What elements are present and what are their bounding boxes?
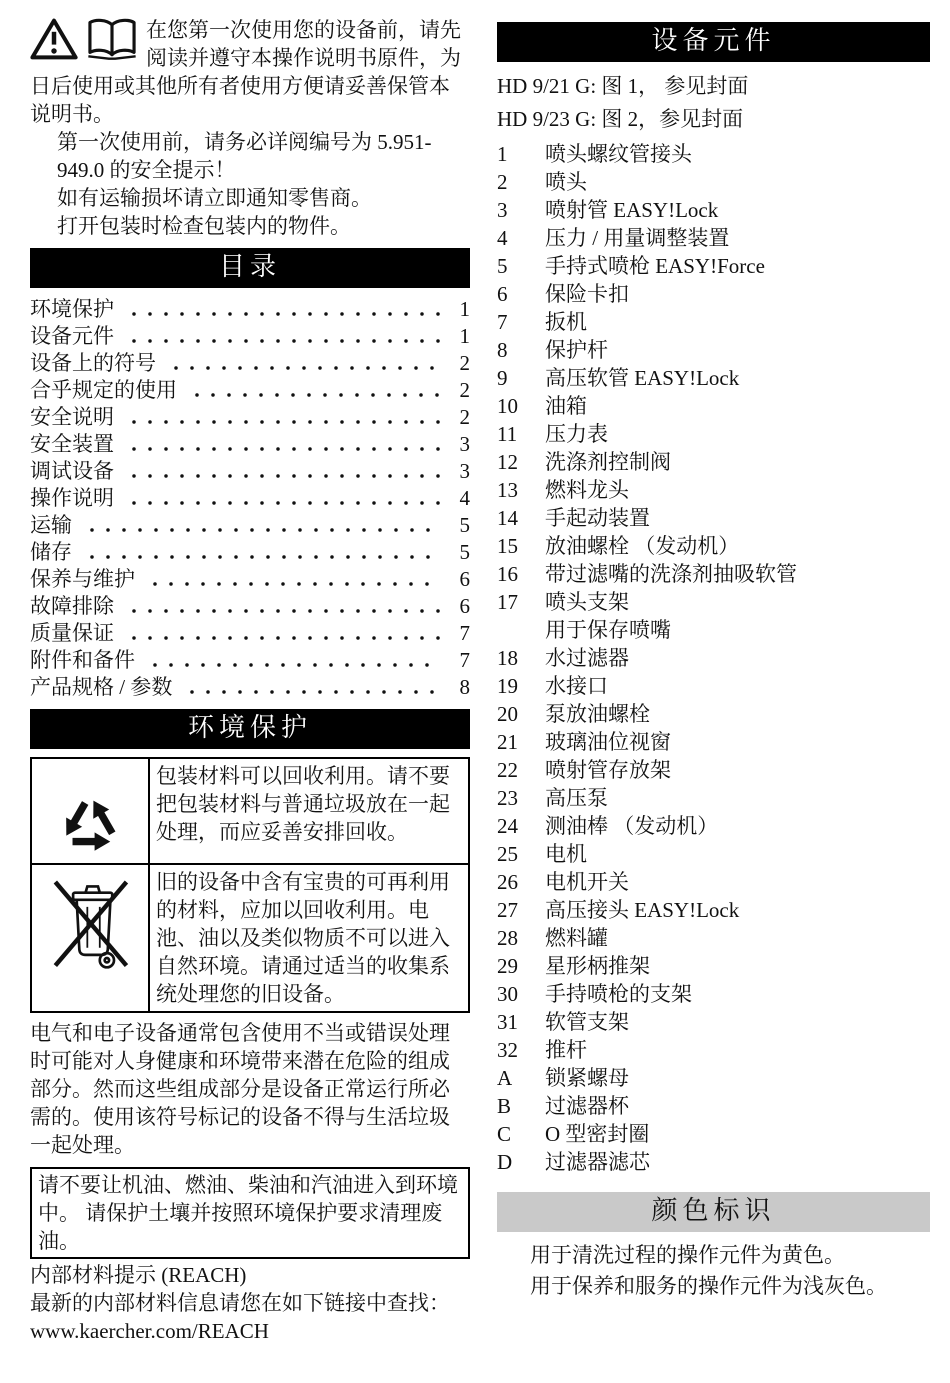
device-item-number: 17 [497,588,545,616]
device-item-label: 电机 [545,840,930,868]
toc-entry-label: 运输 [30,512,72,539]
recycle-icon [38,768,142,860]
list-item: 28 燃料罐 [497,924,930,952]
list-item: B 过滤器杯 [497,1092,930,1120]
list-item: 26 电机开关 [497,868,930,896]
toc-entry-page-number: 7 [444,647,470,674]
device-item-number: 11 [497,420,545,448]
list-item: 27 高压接头 EASY!Lock [497,896,930,924]
list-item: 12 洗涤剂控制阀 [497,448,930,476]
list-item: 11 压力表 [497,420,930,448]
left-column: 在您第一次使用您的设备前，请先阅读并遵守本操作说明书原件，为日后使用或其他所有者… [30,0,470,1383]
disposal-icon-cell [31,864,149,1012]
list-item: 23 高压泵 [497,784,930,812]
device-item-label: 玻璃油位视窗 [545,728,930,756]
list-item: 32 推杆 [497,1036,930,1064]
list-item: 29 星形柄推架 [497,952,930,980]
device-item-label: 喷头支架 [545,588,930,616]
device-item-label: 过滤器杯 [545,1092,930,1120]
device-item-number: 8 [497,336,545,364]
oil-warning-box: 请不要让机油、燃油、柴油和汽油进入到环境中。 请保护土壤并按照环境保护要求清理废… [30,1167,470,1259]
toc-entry-label: 保养与维护 [30,566,135,593]
toc-entry-label: 设备上的符号 [30,350,156,377]
list-item: A 锁紧螺母 [497,1064,930,1092]
intro-section: 在您第一次使用您的设备前，请先阅读并遵守本操作说明书原件，为日后使用或其他所有者… [30,0,470,240]
device-item-sublabel: 用于保存喷嘴 [545,616,930,644]
device-item-label: 喷头螺纹管接头 [545,140,930,168]
list-item: 4 压力 / 用量调整装置 [497,224,930,252]
device-item-label: 高压泵 [545,784,930,812]
device-item-label: 手持式喷枪 EASY!Force [545,252,930,280]
device-item-label: 星形柄推架 [545,952,930,980]
list-item: D 过滤器滤芯 [497,1148,930,1176]
device-item-number: 20 [497,700,545,728]
toc-entry-page-number: 2 [444,350,470,377]
device-item-number: A [497,1064,545,1092]
device-item-label: 燃料龙头 [545,476,930,504]
toc-entry: 安全说明 2 [30,404,470,431]
toc-entry: 安全装置 3 [30,431,470,458]
toc-dot-leader [124,458,440,485]
device-item-number: 6 [497,280,545,308]
device-item-number: 32 [497,1036,545,1064]
list-item: 2 喷头 [497,168,930,196]
crossed-out-bin-icon [38,872,142,972]
list-item: 20 泵放油螺栓 [497,700,930,728]
toc-entry-page-number: 3 [444,458,470,485]
device-item-label: 高压接头 EASY!Lock [545,896,930,924]
device-item-label: 软管支架 [545,1008,930,1036]
toc-dot-leader [124,593,440,620]
device-item-number: 28 [497,924,545,952]
toc-entry: 附件和备件 7 [30,647,470,674]
device-item-number: D [497,1148,545,1176]
list-item: 10 油箱 [497,392,930,420]
toc-entry-page-number: 1 [444,296,470,323]
intro-paragraph-4: 打开包装时检查包装内的物件。 [30,212,470,240]
device-item-label: 过滤器滤芯 [545,1148,930,1176]
device-item-label: 保护杆 [545,336,930,364]
figure-references: HD 9/21 G: 图 1， 参见封面 HD 9/23 G: 图 2，参见封面 [497,70,930,136]
warning-triangle-icon [30,16,78,62]
device-item-number: 19 [497,672,545,700]
device-item-number: 30 [497,980,545,1008]
device-item-label: 水接口 [545,672,930,700]
toc-entry-label: 操作说明 [30,485,114,512]
toc-entry: 储存 5 [30,539,470,566]
recycle-icon-cell [31,758,149,864]
list-item: 8 保护杆 [497,336,930,364]
toc-dot-leader [124,296,440,323]
device-item-label: 泵放油螺栓 [545,700,930,728]
toc-entry-label: 储存 [30,539,72,566]
device-item-number: 18 [497,644,545,672]
toc-entry: 质量保证 7 [30,620,470,647]
reach-title: 内部材料提示 (REACH) [30,1261,470,1289]
device-item-number: 16 [497,560,545,588]
toc-entry-page-number: 6 [444,566,470,593]
device-item-label: 油箱 [545,392,930,420]
table-row: 包装材料可以回收利用。请不要把包装材料与普通垃圾放在一起处理，而应妥善安排回收。 [31,758,469,864]
toc-entry: 设备元件 1 [30,323,470,350]
toc-entry-page-number: 6 [444,593,470,620]
device-item-number: 25 [497,840,545,868]
device-item-label: 带过滤嘴的洗涤剂抽吸软管 [545,560,930,588]
device-item-number: 23 [497,784,545,812]
list-item: 22 喷射管存放架 [497,756,930,784]
figure-reference-line: HD 9/23 G: 图 2，参见封面 [497,103,930,136]
device-item-number: 15 [497,532,545,560]
toc-dot-leader [187,377,440,404]
toc-entry-page-number: 1 [444,323,470,350]
toc-entry-label: 质量保证 [30,620,114,647]
device-item-number: 24 [497,812,545,840]
device-item-label: 手持喷枪的支架 [545,980,930,1008]
list-item: 3 喷射管 EASY!Lock [497,196,930,224]
list-item: 31 软管支架 [497,1008,930,1036]
intro-paragraph-2: 第一次使用前，请务必详阅编号为 5.951-949.0 的安全提示！ [30,128,470,184]
toc-dot-leader [124,485,440,512]
environment-table: 包装材料可以回收利用。请不要把包装材料与普通垃圾放在一起处理，而应妥善安排回收。 [30,757,470,1013]
device-item-number: 21 [497,728,545,756]
list-item: 24 测油棒 （发动机） [497,812,930,840]
device-section-header: 设备元件 [497,22,930,62]
list-item: 16 带过滤嘴的洗涤剂抽吸软管 [497,560,930,588]
toc-entry: 调试设备 3 [30,458,470,485]
device-item-label: 锁紧螺母 [545,1064,930,1092]
intro-paragraph-3: 如有运输损坏请立即通知零售商。 [30,184,470,212]
device-item-label: 手起动装置 [545,504,930,532]
toc-entry: 产品规格 / 参数 8 [30,674,470,701]
color-coding-line: 用于清洗过程的操作元件为黄色。 [530,1240,930,1271]
toc-dot-leader [124,323,440,350]
device-item-number: B [497,1092,545,1120]
toc-entry-label: 设备元件 [30,323,114,350]
device-item-number: 5 [497,252,545,280]
reach-url: www.kaercher.com/REACH [30,1317,470,1345]
list-item: 21 玻璃油位视窗 [497,728,930,756]
device-item-label: 洗涤剂控制阀 [545,448,930,476]
device-item-number: 4 [497,224,545,252]
list-item: 25 电机 [497,840,930,868]
device-item-label: 压力 / 用量调整装置 [545,224,930,252]
device-item-number: 31 [497,1008,545,1036]
disposal-text: 旧的设备中含有宝贵的可再利用的材料，应加以回收利用。电池、油以及类似物质不可以进… [149,864,469,1012]
device-item-label: 测油棒 （发动机） [545,812,930,840]
toc-dot-leader [166,350,440,377]
device-item-number: 7 [497,308,545,336]
device-item-number: 26 [497,868,545,896]
table-row: 旧的设备中含有宝贵的可再利用的材料，应加以回收利用。电池、油以及类似物质不可以进… [31,864,469,1012]
toc-entry: 环境保护 1 [30,296,470,323]
device-item-number: 27 [497,896,545,924]
list-item: 6 保险卡扣 [497,280,930,308]
device-item-label: 水过滤器 [545,644,930,672]
device-item-label: 推杆 [545,1036,930,1064]
toc-entry-label: 合乎规定的使用 [30,377,177,404]
toc-entry-page-number: 7 [444,620,470,647]
list-item: 15 放油螺栓 （发动机） [497,532,930,560]
device-item-label: 保险卡扣 [545,280,930,308]
device-item-number: 12 [497,448,545,476]
intro-icons [30,16,138,68]
color-coding-section-header: 颜色标识 [497,1192,930,1232]
toc-dot-leader [82,539,440,566]
device-item-number: 3 [497,196,545,224]
toc-entry-page-number: 5 [444,512,470,539]
device-item-number: 14 [497,504,545,532]
device-parts-list: 1 喷头螺纹管接头 2 喷头 3 喷射管 EAS [497,140,930,1176]
device-item-label: 喷头 [545,168,930,196]
toc-entry-label: 故障排除 [30,593,114,620]
list-item: 13 燃料龙头 [497,476,930,504]
device-item-label: 扳机 [545,308,930,336]
recycle-text: 包装材料可以回收利用。请不要把包装材料与普通垃圾放在一起处理，而应妥善安排回收。 [149,758,469,864]
list-item: 7 扳机 [497,308,930,336]
toc-dot-leader [182,674,440,701]
toc-entry: 操作说明 4 [30,485,470,512]
toc-dot-leader [124,620,440,647]
color-coding-line: 用于保养和服务的操作元件为浅灰色。 [530,1271,930,1302]
list-item: C O 型密封圈 [497,1120,930,1148]
device-item-label: 喷射管 EASY!Lock [545,196,930,224]
toc-entry-page-number: 4 [444,485,470,512]
device-item-label: 压力表 [545,420,930,448]
device-item-number: 2 [497,168,545,196]
color-coding-lines: 用于清洗过程的操作元件为黄色。 用于保养和服务的操作元件为浅灰色。 [497,1240,930,1302]
toc-entry-page-number: 3 [444,431,470,458]
toc-entry: 运输 5 [30,512,470,539]
toc-dot-leader [145,647,440,674]
device-item-label: O 型密封圈 [545,1120,930,1148]
toc-dot-leader [145,566,440,593]
toc-entry: 设备上的符号 2 [30,350,470,377]
list-item: 30 手持喷枪的支架 [497,980,930,1008]
device-item-number: C [497,1120,545,1148]
manual-page: 在您第一次使用您的设备前，请先阅读并遵守本操作说明书原件，为日后使用或其他所有者… [0,0,950,1383]
toc-entry-label: 环境保护 [30,296,114,323]
environment-section-header: 环境保护 [30,709,470,749]
toc-dot-leader [124,431,440,458]
list-item: 17 喷头支架 用于保存喷嘴 [497,588,930,644]
toc-entry-label: 安全装置 [30,431,114,458]
toc-entry: 保养与维护 6 [30,566,470,593]
toc-entry-label: 安全说明 [30,404,114,431]
device-item-number: 9 [497,364,545,392]
reach-text: 最新的内部材料信息请您在如下链接中查找： [30,1289,470,1317]
open-book-icon [86,16,138,62]
toc-dot-leader [124,404,440,431]
list-item: 1 喷头螺纹管接头 [497,140,930,168]
right-column: 设备元件 HD 9/21 G: 图 1， 参见封面 HD 9/23 G: 图 2… [497,0,930,1383]
list-item: 14 手起动装置 [497,504,930,532]
toc-dot-leader [82,512,440,539]
list-item: 18 水过滤器 [497,644,930,672]
device-item-label: 放油螺栓 （发动机） [545,532,930,560]
device-item-number: 22 [497,756,545,784]
list-item: 5 手持式喷枪 EASY!Force [497,252,930,280]
toc-entry-page-number: 2 [444,377,470,404]
list-item: 19 水接口 [497,672,930,700]
device-item-number: 1 [497,140,545,168]
device-item-number: 10 [497,392,545,420]
device-item-label: 燃料罐 [545,924,930,952]
device-item-label: 电机开关 [545,868,930,896]
table-of-contents: 环境保护 1 设备元件 1 设备上的符号 2 合乎规定的使用 [30,296,470,701]
toc-entry-page-number: 8 [444,674,470,701]
reach-note: 内部材料提示 (REACH) 最新的内部材料信息请您在如下链接中查找： www.… [30,1261,470,1345]
device-item-label: 高压软管 EASY!Lock [545,364,930,392]
toc-section-header: 目录 [30,248,470,288]
toc-entry-label: 调试设备 [30,458,114,485]
toc-entry-page-number: 5 [444,539,470,566]
device-item-number: 13 [497,476,545,504]
list-item: 9 高压软管 EASY!Lock [497,364,930,392]
device-item-label: 喷射管存放架 [545,756,930,784]
toc-entry-page-number: 2 [444,404,470,431]
toc-entry: 故障排除 6 [30,593,470,620]
device-item-number: 29 [497,952,545,980]
toc-entry: 合乎规定的使用 2 [30,377,470,404]
environment-paragraph: 电气和电子设备通常包含使用不当或错误处理时可能对人身健康和环境带来潜在危险的组成… [30,1019,470,1159]
toc-entry-label: 附件和备件 [30,647,135,674]
toc-entry-label: 产品规格 / 参数 [30,674,172,701]
figure-reference-line: HD 9/21 G: 图 1， 参见封面 [497,70,930,103]
